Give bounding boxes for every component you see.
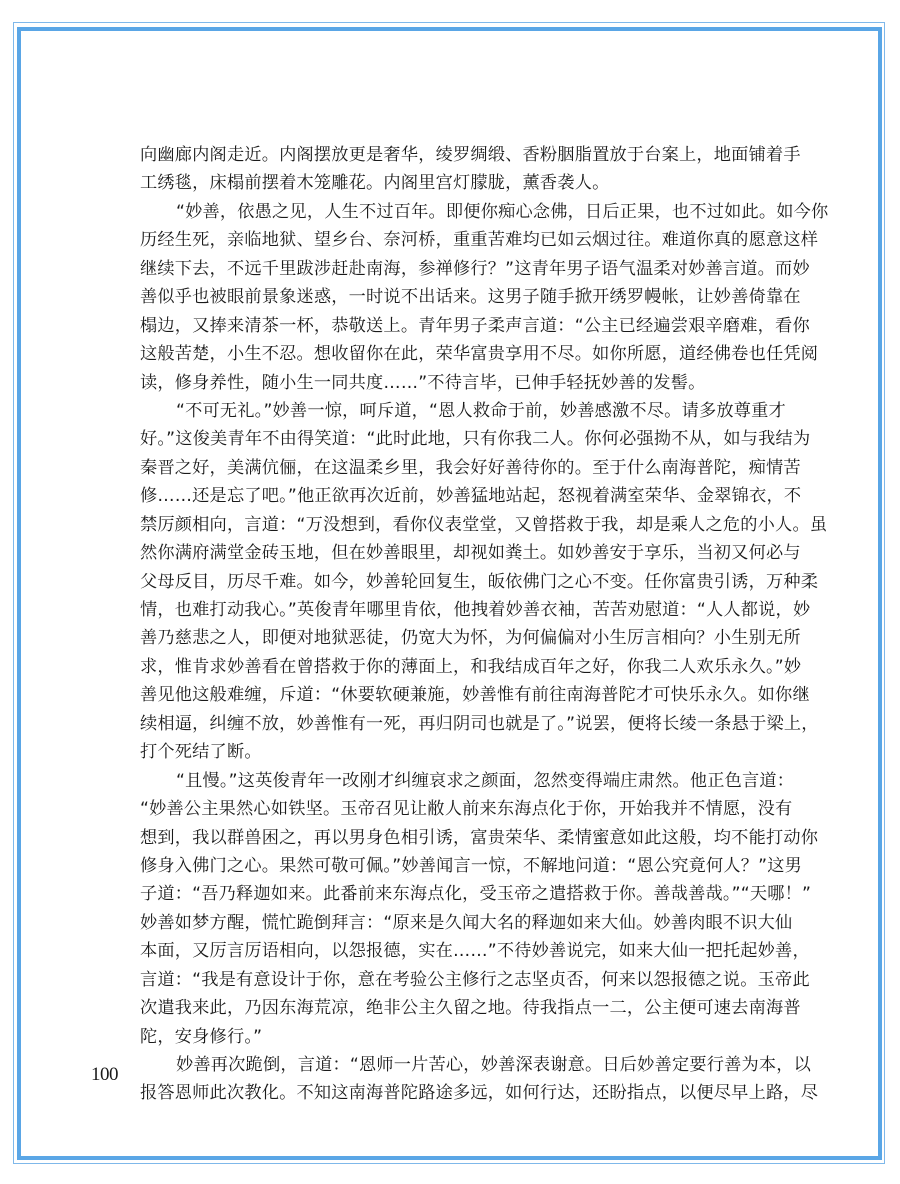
text-line: 想到，我以群兽困之，再以男身色相引诱，富贵荣华、柔情蜜意如此这般，均不能打动你 <box>140 824 782 852</box>
text-line: 榻边，又捧来清茶一杯，恭敬送上。青年男子柔声言道：“公主已经遍尝艰辛磨难，看你 <box>140 312 782 340</box>
text-line: 修身入佛门之心。果然可敬可佩。”妙善闻言一惊，不解地问道：“恩公究竟何人？”这男 <box>140 852 782 880</box>
text-line: 历经生死，亲临地狱、望乡台、奈河桥，重重苦难均已如云烟过往。难道你真的愿意这样 <box>140 226 782 254</box>
text-line: 这般苦楚，小生不忍。想收留你在此，荣华富贵享用不尽。如你所愿，道经佛卷也任凭阅 <box>140 340 782 368</box>
text-line: 子道：“吾乃释迦如来。此番前来东海点化，受玉帝之遣搭救于你。善哉善哉。”“天哪！… <box>140 880 782 908</box>
text-line: 善乃慈悲之人，即便对地狱恶徒，仍宽大为怀，为何偏偏对小生厉言相向？小生别无所 <box>140 624 782 652</box>
text-line: 修……还是忘了吧。”他正欲再次近前，妙善猛地站起，怒视着满室荣华、金翠锦衣，不 <box>140 482 782 510</box>
text-line: 好。”这俊美青年不由得笑道：“此时此地，只有你我二人。你何必强拗不从，如与我结为 <box>140 425 782 453</box>
text-line: 次遣我来此，乃因东海荒凉，绝非公主久留之地。待我指点一二，公主便可速去南海普 <box>140 994 782 1022</box>
page-number: 100 <box>91 1064 118 1086</box>
paragraph-first-line: “妙善，依愚之见，人生不过百年。即便你痴心念佛，日后正果，也不过如此。如今你 <box>140 198 782 226</box>
text-line: 继续下去，不远千里跋涉赶赴南海，参禅修行？”这青年男子语气温柔对妙善言道。而妙 <box>140 255 782 283</box>
paragraph-first-line: “不可无礼。”妙善一惊，呵斥道，“恩人救命于前，妙善感激不尽。请多放尊重才 <box>140 397 782 425</box>
text-line: 言道：“我是有意设计于你，意在考验公主修行之志坚贞否，何来以怨报德之说。玉帝此 <box>140 966 782 994</box>
text-line: 父母反目，历尽千难。如今，妙善轮回复生，皈依佛门之心不变。任你富贵引诱，万种柔 <box>140 568 782 596</box>
text-line: 读，修身养性，随小生一同共度……”不待言毕，已伸手轻抚妙善的发髻。 <box>140 369 782 397</box>
text-line: 善似乎也被眼前景象迷惑，一时说不出话来。这男子随手掀开绣罗幔帐，让妙善倚靠在 <box>140 283 782 311</box>
paragraph-first-line: “且慢。”这英俊青年一改刚才纠缠哀求之颜面，忽然变得端庄肃然。他正色言道： <box>140 767 782 795</box>
text-line: 然你满府满堂金砖玉地，但在妙善眼里，却视如粪土。如妙善安于享乐，当初又何必与 <box>140 539 782 567</box>
text-line: 妙善如梦方醒，慌忙跪倒拜言：“原来是久闻大名的释迦如来大仙。妙善肉眼不识大仙 <box>140 909 782 937</box>
text-line: 禁厉颜相向，言道：“万没想到，看你仪表堂堂，又曾搭救于我，却是乘人之危的小人。虽 <box>140 511 782 539</box>
text-line: 本面，又厉言厉语相向，以怨报德，实在……”不待妙善说完，如来大仙一把托起妙善， <box>140 937 782 965</box>
text-line: 陀，安身修行。” <box>140 1023 782 1051</box>
text-line: 向幽廊内阁走近。内阁摆放更是奢华，绫罗绸缎、香粉胭脂置放于台案上，地面铺着手 <box>140 141 782 169</box>
paragraph-first-line: 妙善再次跪倒，言道：“恩师一片苦心，妙善深表谢意。日后妙善定要行善为本，以 <box>140 1051 782 1079</box>
text-line: 情，也难打动我心。”英俊青年哪里肯依，他拽着妙善衣袖，苦苦劝慰道：“人人都说，妙 <box>140 596 782 624</box>
book-text-body: 向幽廊内阁走近。内阁摆放更是奢华，绫罗绸缎、香粉胭脂置放于台案上，地面铺着手工绣… <box>140 141 782 1108</box>
text-line: 报答恩师此次教化。不知这南海普陀路途多远，如何行达，还盼指点，以便尽早上路，尽 <box>140 1079 782 1107</box>
text-line: 求，惟肯求妙善看在曾搭救于你的薄面上，和我结成百年之好，你我二人欢乐永久。”妙 <box>140 653 782 681</box>
text-line: 工绣毯，床榻前摆着木笼雕花。内阁里宫灯朦胧，薰香袭人。 <box>140 169 782 197</box>
text-line: “妙善公主果然心如铁坚。玉帝召见让敝人前来东海点化于你，开始我并不情愿，没有 <box>140 795 782 823</box>
text-line: 善见他这般难缠，斥道：“休要软硬兼施，妙善惟有前往南海普陀才可快乐永久。如你继 <box>140 681 782 709</box>
text-line: 续相逼，纠缠不放，妙善惟有一死，再归阴司也就是了。”说罢，便将长绫一条悬于梁上， <box>140 710 782 738</box>
text-line: 打个死结了断。 <box>140 738 782 766</box>
text-line: 秦晋之好，美满伉俪，在这温柔乡里，我会好好善待你的。至于什么南海普陀，痴情苦 <box>140 454 782 482</box>
